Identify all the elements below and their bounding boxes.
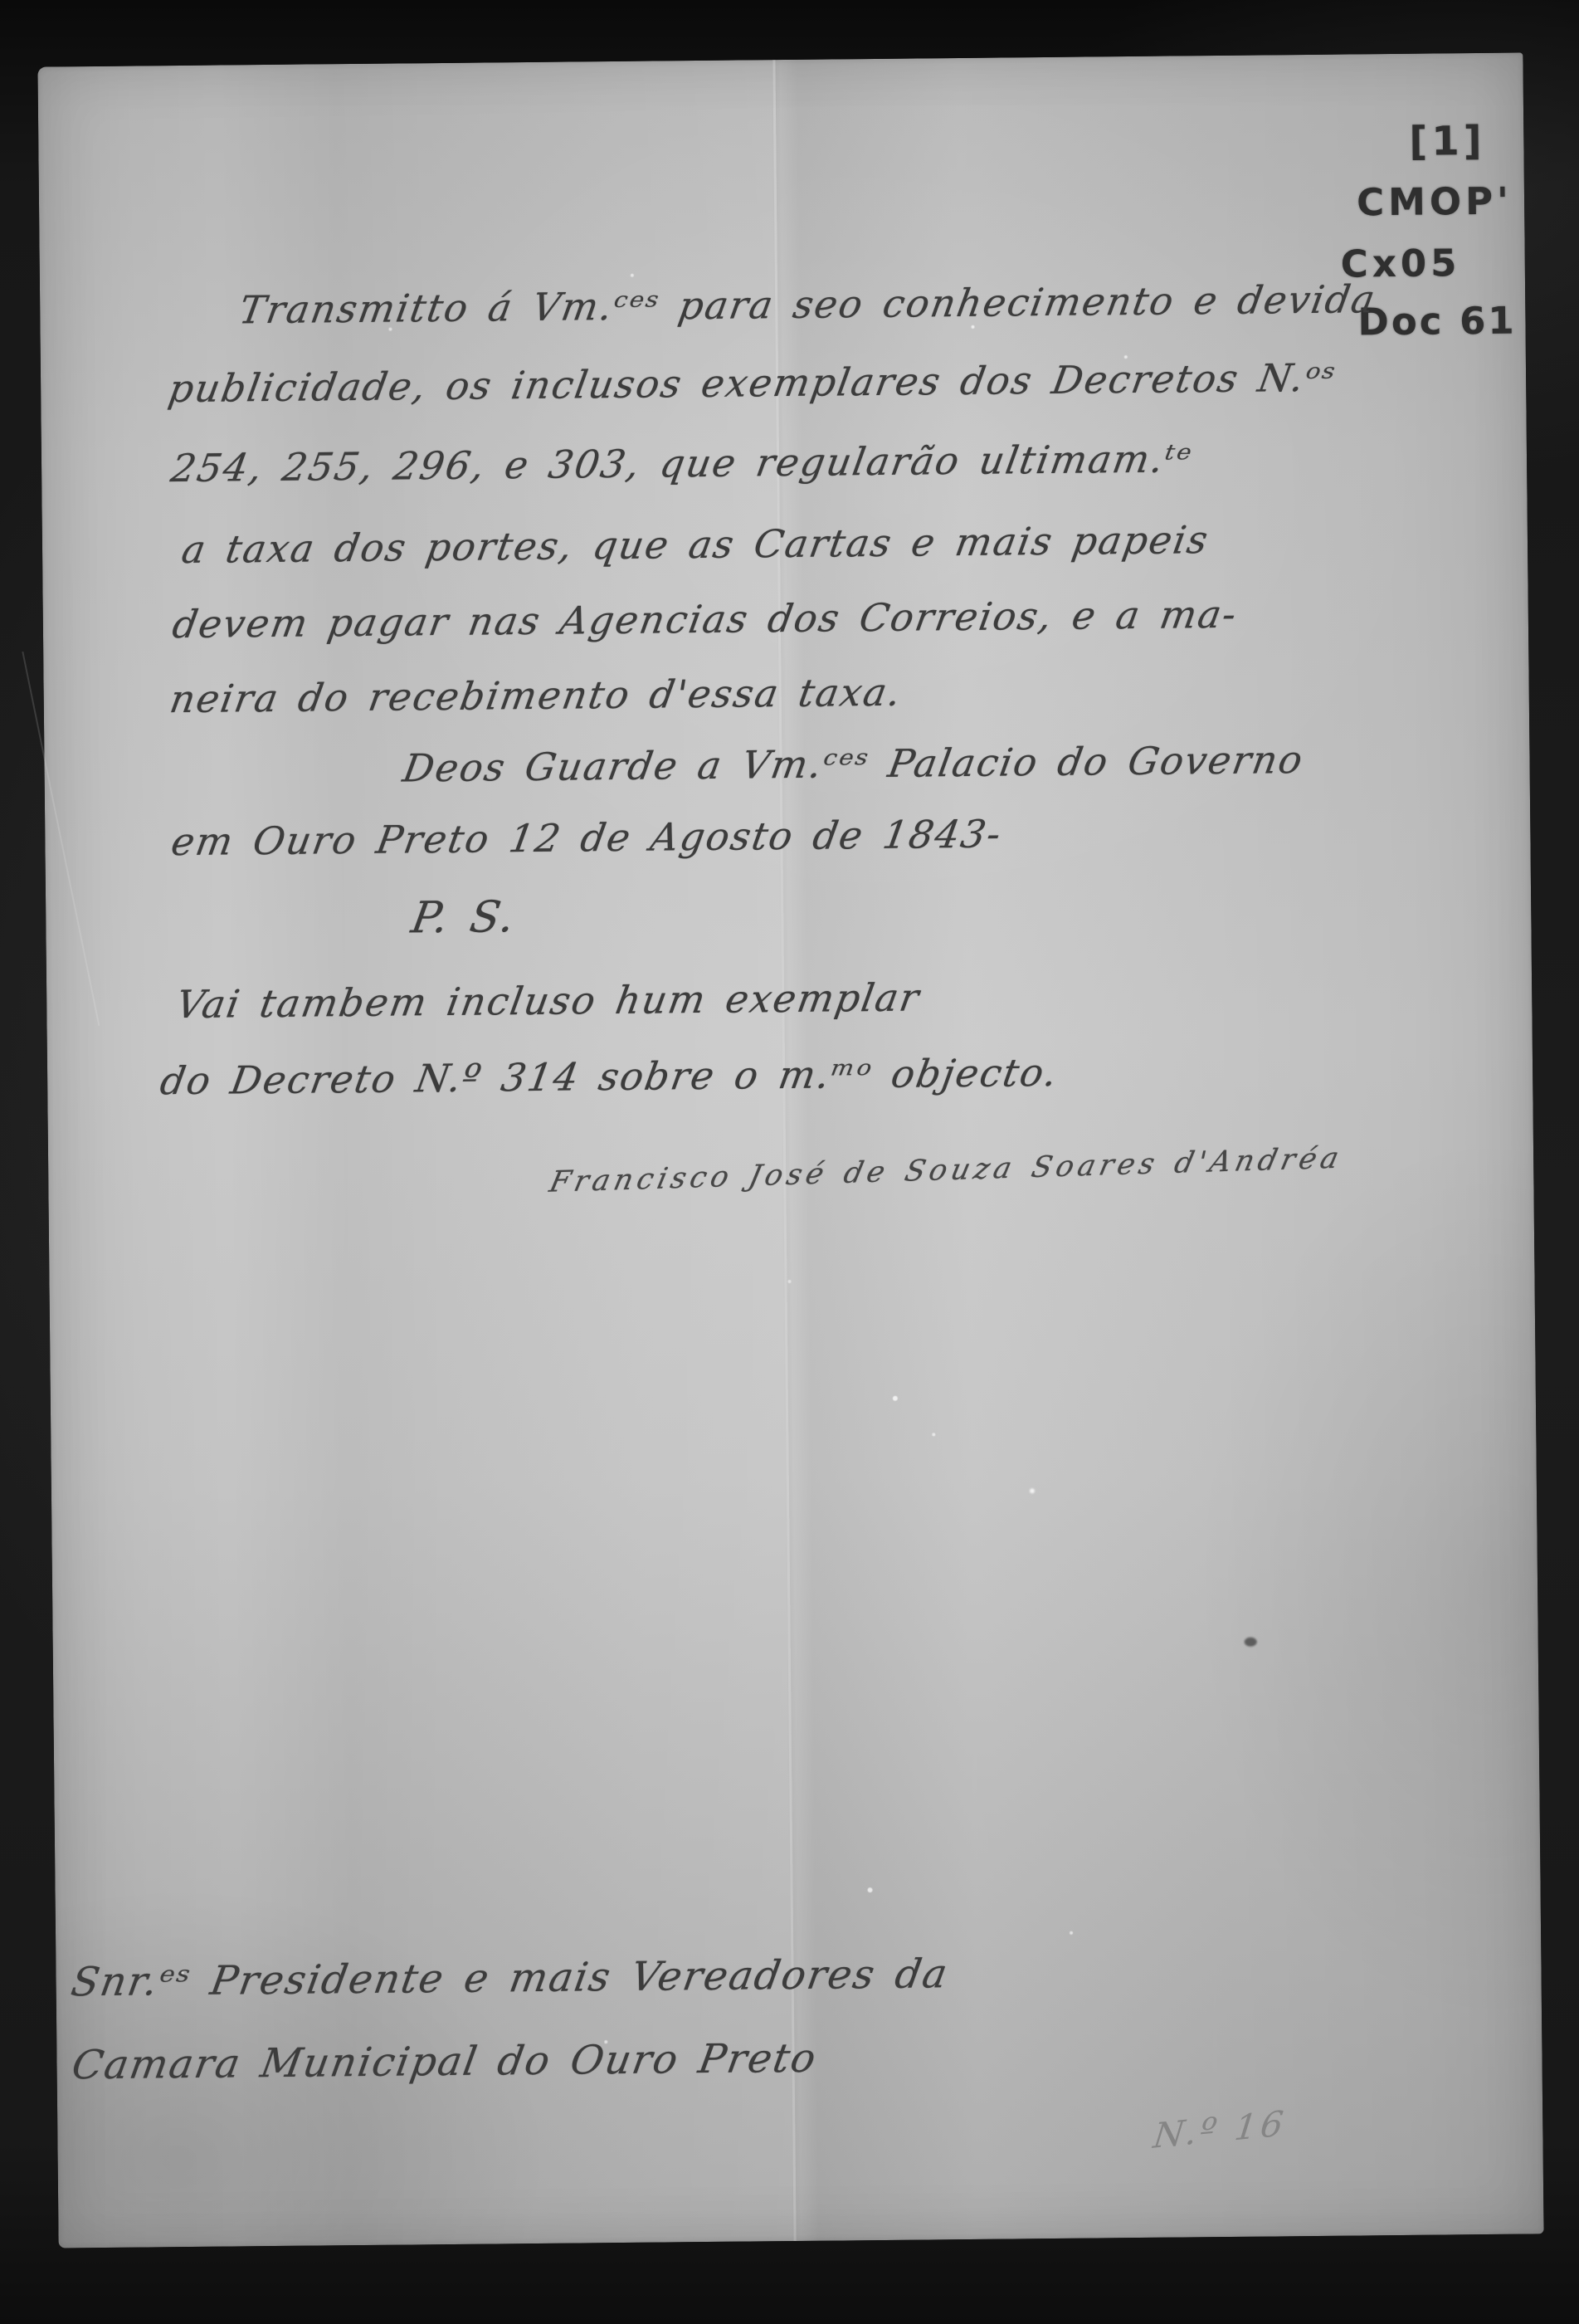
postscript-line-2: do Decreto N.º 314 sobre o m.ᵐᵒ objecto. [157,1050,1061,1103]
ink-blot [1245,1638,1257,1647]
letter-line-6: neira do recebimento d'essa taxa. [167,670,905,722]
address-line-2: Camara Municipal do Ouro Preto [69,2035,821,2089]
postscript-line-1: Vai tambem incluso hum exemplar [173,974,924,1027]
archival-doc-mark: Doc 61 [1357,299,1517,344]
closing-line-1: Deos Guarde a Vm.ᶜᵉˢ Palacio do Governo [400,737,1308,791]
letter-line-3: 254, 255, 296, e 303, que regularão ulti… [168,436,1196,491]
archival-page-marker: [1] [1409,118,1486,165]
postscript-label: P. S. [408,892,520,943]
scan-background: [1] CMOP' Cx05 Doc 61 Transmitto á Vm.ᶜᵉ… [0,0,1579,2324]
archival-annotations: [1] CMOP' Cx05 Doc 61 [37,52,1523,66]
address-block: Snr.ᵉˢ Presidente e mais Vereadores da C… [37,52,1523,66]
letter-body: Transmitto á Vm.ᶜᵉˢ para seo conheciment… [37,52,1523,66]
closing-line-2: em Ouro Preto 12 de Agosto de 1843- [168,811,1006,864]
pencil-number-note: N.º 16 [1151,2103,1289,2156]
document-page: [1] CMOP' Cx05 Doc 61 Transmitto á Vm.ᶜᵉ… [37,52,1543,2248]
archival-collection-mark: CMOP' [1357,179,1513,225]
signature: Francisco José de Souza Soares d'Andréa [547,1142,1346,1199]
letter-line-4: a taxa dos portes, que as Cartas e mais … [178,517,1212,572]
diagonal-crease [22,652,100,1026]
address-line-1: Snr.ᵉˢ Presidente e mais Vereadores da [68,1950,953,2005]
paper-speckles [37,67,41,71]
letter-line-2: publicidade, os inclusos exemplares dos … [165,355,1339,412]
letter-line-1: Transmitto á Vm.ᶜᵉˢ para seo conheciment… [236,276,1380,332]
letter-line-5: devem pagar nas Agencias dos Correios, e… [169,592,1241,647]
